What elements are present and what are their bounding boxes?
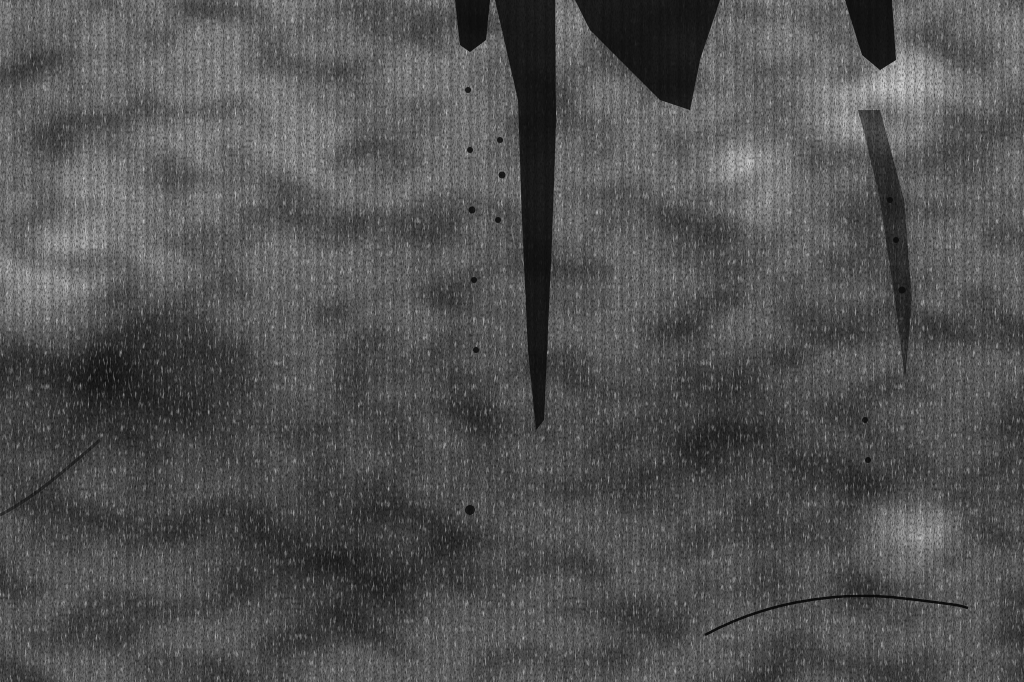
vertical-streaks [0, 0, 1024, 682]
grunge-texture-image [0, 0, 1024, 682]
